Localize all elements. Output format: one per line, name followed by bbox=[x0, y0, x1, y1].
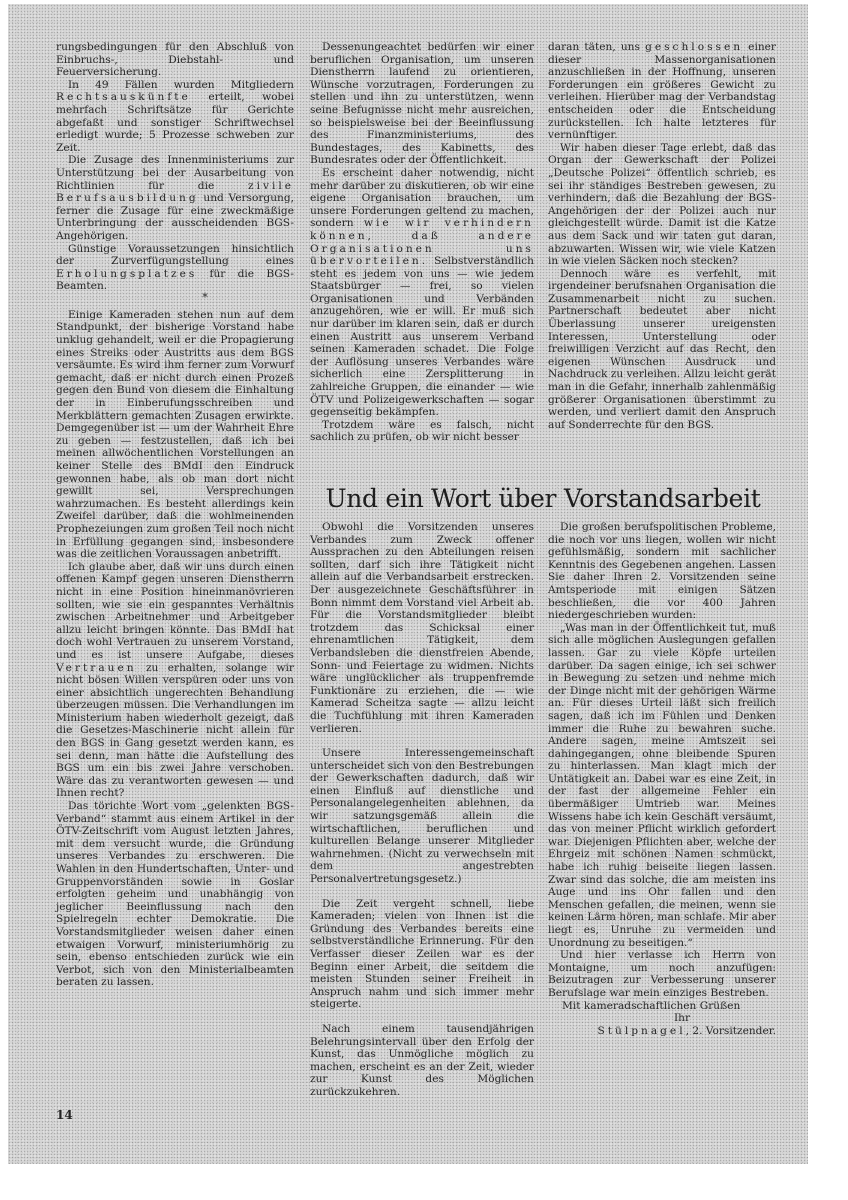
paragraph: Das törichte Wort vom „gelenkten BGS-Ver… bbox=[56, 800, 294, 989]
page-number: 14 bbox=[56, 1108, 73, 1122]
text-run: daran täten, uns bbox=[548, 41, 645, 53]
article-headline: Und ein Wort über Vorstandsarbeit bbox=[308, 484, 778, 514]
paragraph: Unsere Interessengemeinschaft unterschei… bbox=[310, 747, 534, 886]
column-middle-top: Dessenungeachtet bedürfen wir einer beru… bbox=[310, 41, 534, 444]
signature-name: Stülpnagel bbox=[598, 1025, 686, 1037]
paragraph: rungsbedingungen für den Abschluß von Ei… bbox=[56, 41, 294, 79]
paragraph: In 49 Fällen wurden Mitgliedern Rechtsau… bbox=[56, 79, 294, 155]
closing-greeting: Mit kameradschaftlichen Grüßen bbox=[548, 1000, 776, 1013]
paragraph: Die Zusage des Innenministeriums zur Unt… bbox=[56, 154, 294, 242]
spaced-emphasis: geschlossen bbox=[645, 41, 743, 53]
article-column-middle: Obwohl die Vorsitzenden unseres Verbande… bbox=[310, 521, 534, 1099]
text-run: Selbstverständlich steht es jedem von un… bbox=[310, 255, 534, 418]
paragraph: Obwohl die Vorsitzenden unseres Verbande… bbox=[310, 521, 534, 735]
text-run: zu erhalten, solange wir nicht bösen Wil… bbox=[56, 662, 294, 800]
quote-paragraph: „Was man in der Öffentlichkeit tut, muß … bbox=[548, 622, 776, 949]
text-run: In 49 Fällen wurden Mitgliedern bbox=[68, 79, 294, 91]
paragraph: Nach einem tausendjährigen Belehrungsint… bbox=[310, 1023, 534, 1099]
paragraph: Und hier verlasse ich Herrn von Montaign… bbox=[548, 949, 776, 999]
paragraph: daran täten, uns geschlossen einer diese… bbox=[548, 41, 776, 142]
paragraph: Günstige Voraussetzungen hinsichtlich de… bbox=[56, 243, 294, 293]
paragraph: Die Zeit vergeht schnell, liebe Kamerade… bbox=[310, 898, 534, 1011]
text-run: Günstige Voraussetzungen hinsichtlich de… bbox=[56, 243, 294, 268]
spaced-emphasis: Rechtsauskünfte bbox=[56, 91, 191, 103]
closing-ihr: Ihr bbox=[548, 1012, 776, 1025]
text-run: einer dieser Massenorganisationen anzusc… bbox=[548, 41, 776, 141]
paragraph: Ich glaube aber, daß wir uns durch einen… bbox=[56, 561, 294, 800]
article-column-right: Die großen berufspolitischen Probleme, d… bbox=[548, 521, 776, 1037]
paragraph: Trotzdem wäre es falsch, nicht sachlich … bbox=[310, 419, 534, 444]
signature: Stülpnagel, 2. Vorsitzender. bbox=[548, 1025, 776, 1038]
column-right-top: daran täten, uns geschlossen einer diese… bbox=[548, 41, 776, 431]
scanned-page: rungsbedingungen für den Abschluß von Ei… bbox=[8, 4, 808, 1164]
paragraph: Dessenungeachtet bedürfen wir einer beru… bbox=[310, 41, 534, 167]
section-divider-star-icon: * bbox=[56, 293, 294, 303]
paragraph: Es erscheint daher notwendig, nicht mehr… bbox=[310, 167, 534, 419]
paragraph: Wir haben dieser Tage erlebt, daß das Or… bbox=[548, 142, 776, 268]
text-run: Ich glaube aber, daß wir uns durch einen… bbox=[56, 561, 294, 661]
spaced-emphasis: Erholungsplatzes bbox=[56, 268, 197, 280]
paragraph: Einige Kameraden stehen nun auf dem Stan… bbox=[56, 309, 294, 561]
paragraph: Dennoch wäre es verfehlt, mit irgendeine… bbox=[548, 268, 776, 432]
column-left: rungsbedingungen für den Abschluß von Ei… bbox=[56, 41, 294, 989]
signature-title: , 2. Vorsitzender. bbox=[686, 1025, 776, 1037]
spaced-emphasis: Vertrauen bbox=[56, 662, 137, 674]
paragraph: Die großen berufspolitischen Probleme, d… bbox=[548, 521, 776, 622]
